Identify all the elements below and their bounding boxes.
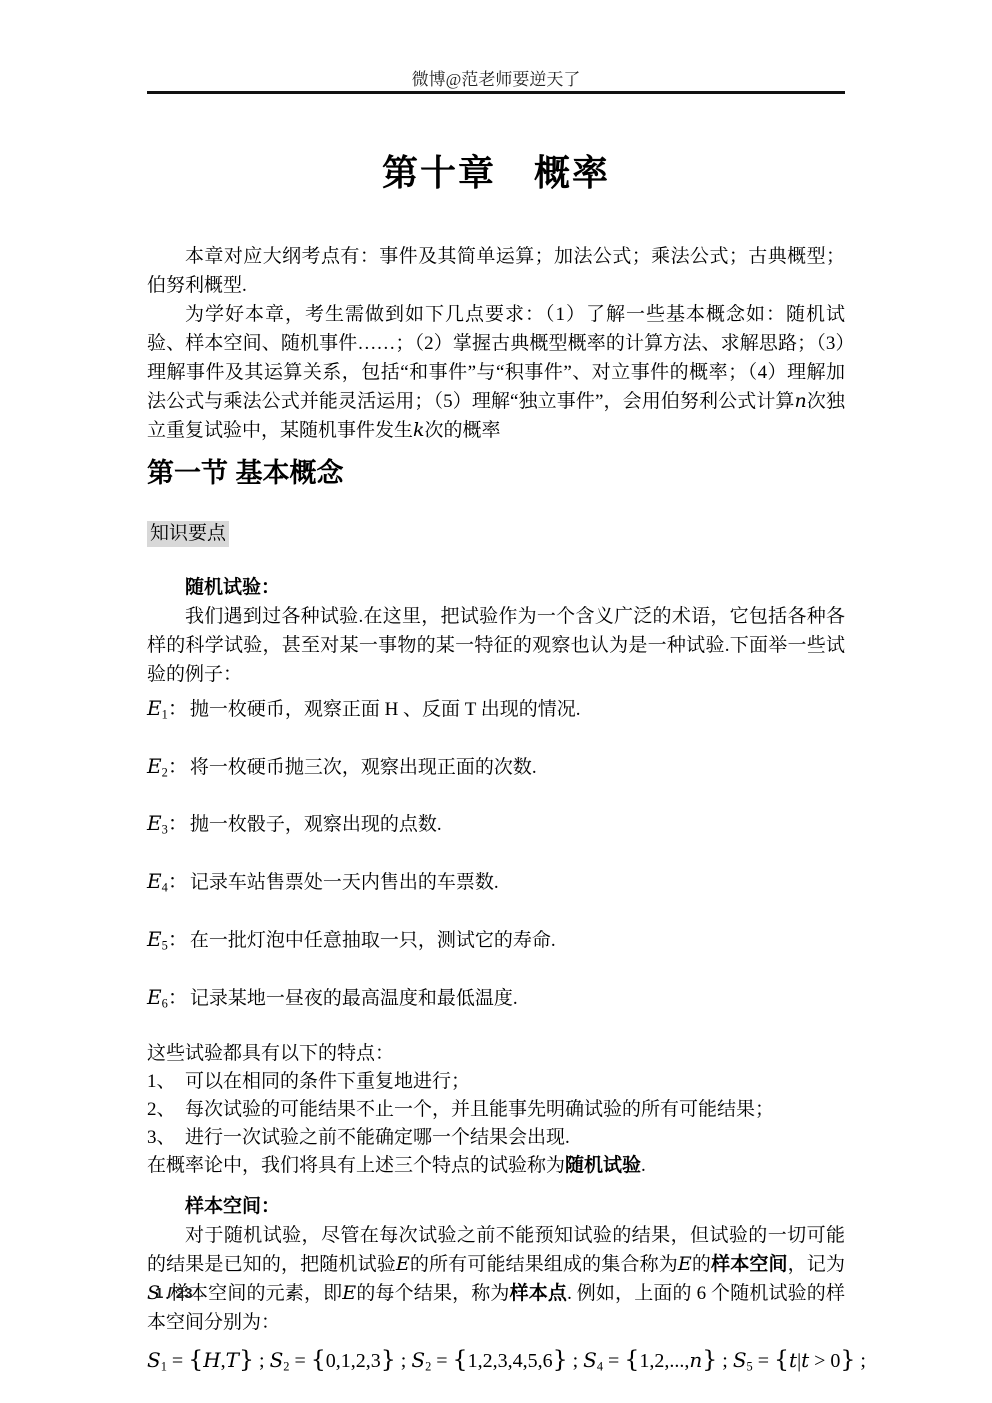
term-random-trial: 随机试验： bbox=[147, 573, 845, 602]
experiment-text: 记录某地一昼夜的最高温度和最低温度. bbox=[190, 988, 518, 1009]
document-page: 微博@范老师要逆天了 第十章 概率 本章对应大纲考点有：事件及其简单运算；加法公… bbox=[0, 0, 992, 1383]
feature-item-1: 1、 可以在相同的条件下重复地进行； bbox=[147, 1068, 845, 1096]
experiment-item: E4：记录车站售票处一天内售出的车票数. bbox=[147, 867, 845, 903]
sample-space-description: 对于随机试验，尽管在每次试验之前不能预知试验的结果，但试验的一切可能的结果是已知… bbox=[147, 1221, 845, 1337]
features-block: 这些试验都具有以下的特点： 1、 可以在相同的条件下重复地进行； 2、 每次试验… bbox=[147, 1040, 845, 1180]
experiment-label: E3： bbox=[147, 813, 188, 835]
experiment-label: E1： bbox=[147, 698, 188, 720]
page-number: 1 / 23 bbox=[155, 1285, 193, 1302]
feature-item-2: 2、 每次试验的可能结果不止一个，并且能事先明确试验的所有可能结果； bbox=[147, 1096, 845, 1124]
experiment-label: E5： bbox=[147, 929, 188, 951]
intro-paragraph-2: 为学好本章，考生需做到如下几点要求：（1）了解一些基本概念如：随机试验、样本空间… bbox=[147, 300, 845, 445]
experiment-text: 抛一枚硬币，观察正面 H 、反面 T 出现的情况. bbox=[190, 699, 581, 720]
experiments-list: E1：抛一枚硬币，观察正面 H 、反面 T 出现的情况. E2：将一枚硬币抛三次… bbox=[147, 694, 845, 1018]
chapter-title: 第十章 概率 bbox=[147, 152, 845, 194]
sample-space-formulas: S1 = {H,T} ; S2 = {0,1,2,3} ; S2 = {1,2,… bbox=[147, 1343, 845, 1383]
experiment-label: E4： bbox=[147, 871, 188, 893]
experiment-item: E1：抛一枚硬币，观察正面 H 、反面 T 出现的情况. bbox=[147, 694, 845, 730]
experiment-text: 将一枚硬币抛三次，观察出现正面的次数. bbox=[190, 757, 537, 778]
knowledge-points-badge: 知识要点 bbox=[147, 521, 229, 547]
features-intro: 这些试验都具有以下的特点： bbox=[147, 1040, 845, 1068]
header-watermark: 微博@范老师要逆天了 bbox=[147, 0, 845, 90]
random-trial-description: 我们遇到过各种试验.在这里，把试验作为一个含义广泛的术语，它包括各种各样的科学试… bbox=[147, 602, 845, 689]
experiment-item: E3：抛一枚骰子，观察出现的点数. bbox=[147, 809, 845, 845]
experiment-item: E2：将一枚硬币抛三次，观察出现正面的次数. bbox=[147, 752, 845, 788]
header-rule bbox=[147, 91, 845, 94]
experiment-text: 在一批灯泡中任意抽取一只，测试它的寿命. bbox=[190, 930, 556, 951]
experiment-label: E2： bbox=[147, 756, 188, 778]
experiment-item: E6：记录某地一昼夜的最高温度和最低温度. bbox=[147, 983, 845, 1019]
badge-row: 知识要点 bbox=[147, 521, 845, 547]
intro-paragraph-1: 本章对应大纲考点有：事件及其简单运算；加法公式；乘法公式；古典概型；伯努利概型. bbox=[147, 242, 845, 300]
section-heading: 第一节 基本概念 bbox=[147, 453, 845, 493]
experiment-label: E6： bbox=[147, 987, 188, 1009]
experiment-text: 抛一枚骰子，观察出现的点数. bbox=[190, 814, 442, 835]
feature-item-3: 3、 进行一次试验之前不能确定哪一个结果会出现. bbox=[147, 1124, 845, 1152]
term-sample-space: 样本空间： bbox=[147, 1192, 845, 1221]
features-conclusion: 在概率论中，我们将具有上述三个特点的试验称为随机试验. bbox=[147, 1152, 845, 1180]
experiment-item: E5：在一批灯泡中任意抽取一只，测试它的寿命. bbox=[147, 925, 845, 961]
experiment-text: 记录车站售票处一天内售出的车票数. bbox=[190, 872, 499, 893]
